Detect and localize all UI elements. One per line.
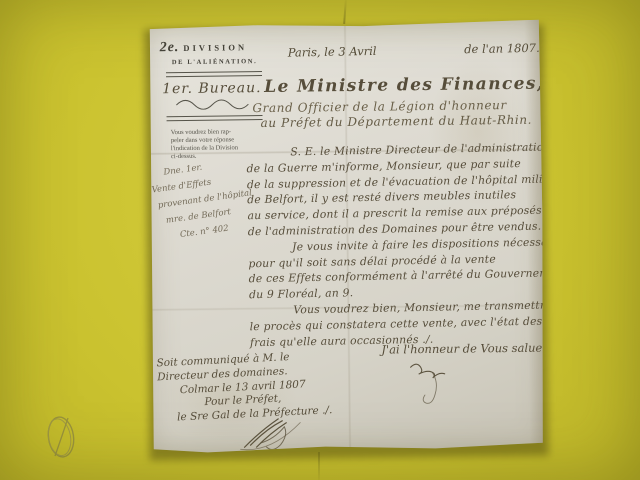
secretary-signature [230,412,316,453]
margin-docket: Dne. 1er. Vente d'Effets provenant de l'… [149,153,258,246]
flourish-ornament [174,97,252,110]
minister-signature [404,357,453,410]
division-subtitle: DE L'ALIÉNATION. [172,58,282,66]
pencil-circle-mark [42,410,80,464]
division-title: 2e.DIVISION [160,37,282,56]
stamp-rule-top [166,71,262,77]
dateline-place-day: Paris, le 3 Avril [288,44,377,60]
stamp-rule-bottom [167,115,263,121]
division-word: DIVISION [183,42,247,53]
letter-body: S. E. le Ministre Directeur de l'adminis… [246,141,550,352]
letter-paper: 2e.DIVISION DE L'ALIÉNATION. 1er. Bureau… [147,20,545,455]
background-crease-top [343,0,347,24]
division-stamp: 2e.DIVISION DE L'ALIÉNATION. 1er. Bureau… [160,37,283,161]
closing-salutation: J'ai l'honneur de Vous saluer. [381,341,550,357]
sender-title: Le Ministre des Finances, [264,74,544,97]
photograph-of-letter: 2e.DIVISION DE L'ALIÉNATION. 1er. Bureau… [0,0,640,480]
dateline-year: de l'an 1807. [464,41,540,56]
division-numeral: 2e. [160,40,180,55]
